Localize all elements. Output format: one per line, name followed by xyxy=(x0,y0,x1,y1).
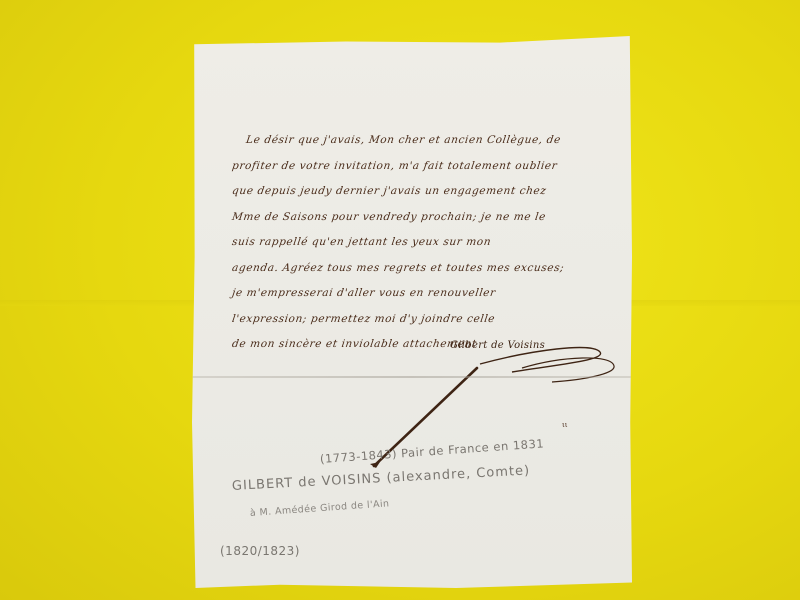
letter-line: Mme de Saisons pour vendredy prochain; j… xyxy=(230,205,624,231)
pencil-note-addressee: à M. Amédée Girod de l'Ain xyxy=(250,498,390,519)
letter-line: je m'empresserai d'aller vous en renouve… xyxy=(230,281,624,307)
pencil-note-range: (1820/1823) xyxy=(220,544,300,558)
letter-line: l'expression; permettez moi d'y joindre … xyxy=(230,307,624,333)
letter-line: profiter de votre invitation, m'a fait t… xyxy=(230,154,624,180)
letter-line: agenda. Agréez tous mes regrets et toute… xyxy=(230,256,624,282)
letter-line: que depuis jeudy dernier j'avais un enga… xyxy=(230,179,624,205)
letter-line: suis rappellé qu'en jettant les yeux sur… xyxy=(230,230,624,256)
letter-line: Le désir que j'avais, Mon cher et ancien… xyxy=(230,128,624,154)
stray-ink-mark: ιι xyxy=(562,421,568,429)
letter-body: Le désir que j'avais, Mon cher et ancien… xyxy=(232,128,622,358)
letter-paper: Le désir que j'avais, Mon cher et ancien… xyxy=(192,36,632,588)
